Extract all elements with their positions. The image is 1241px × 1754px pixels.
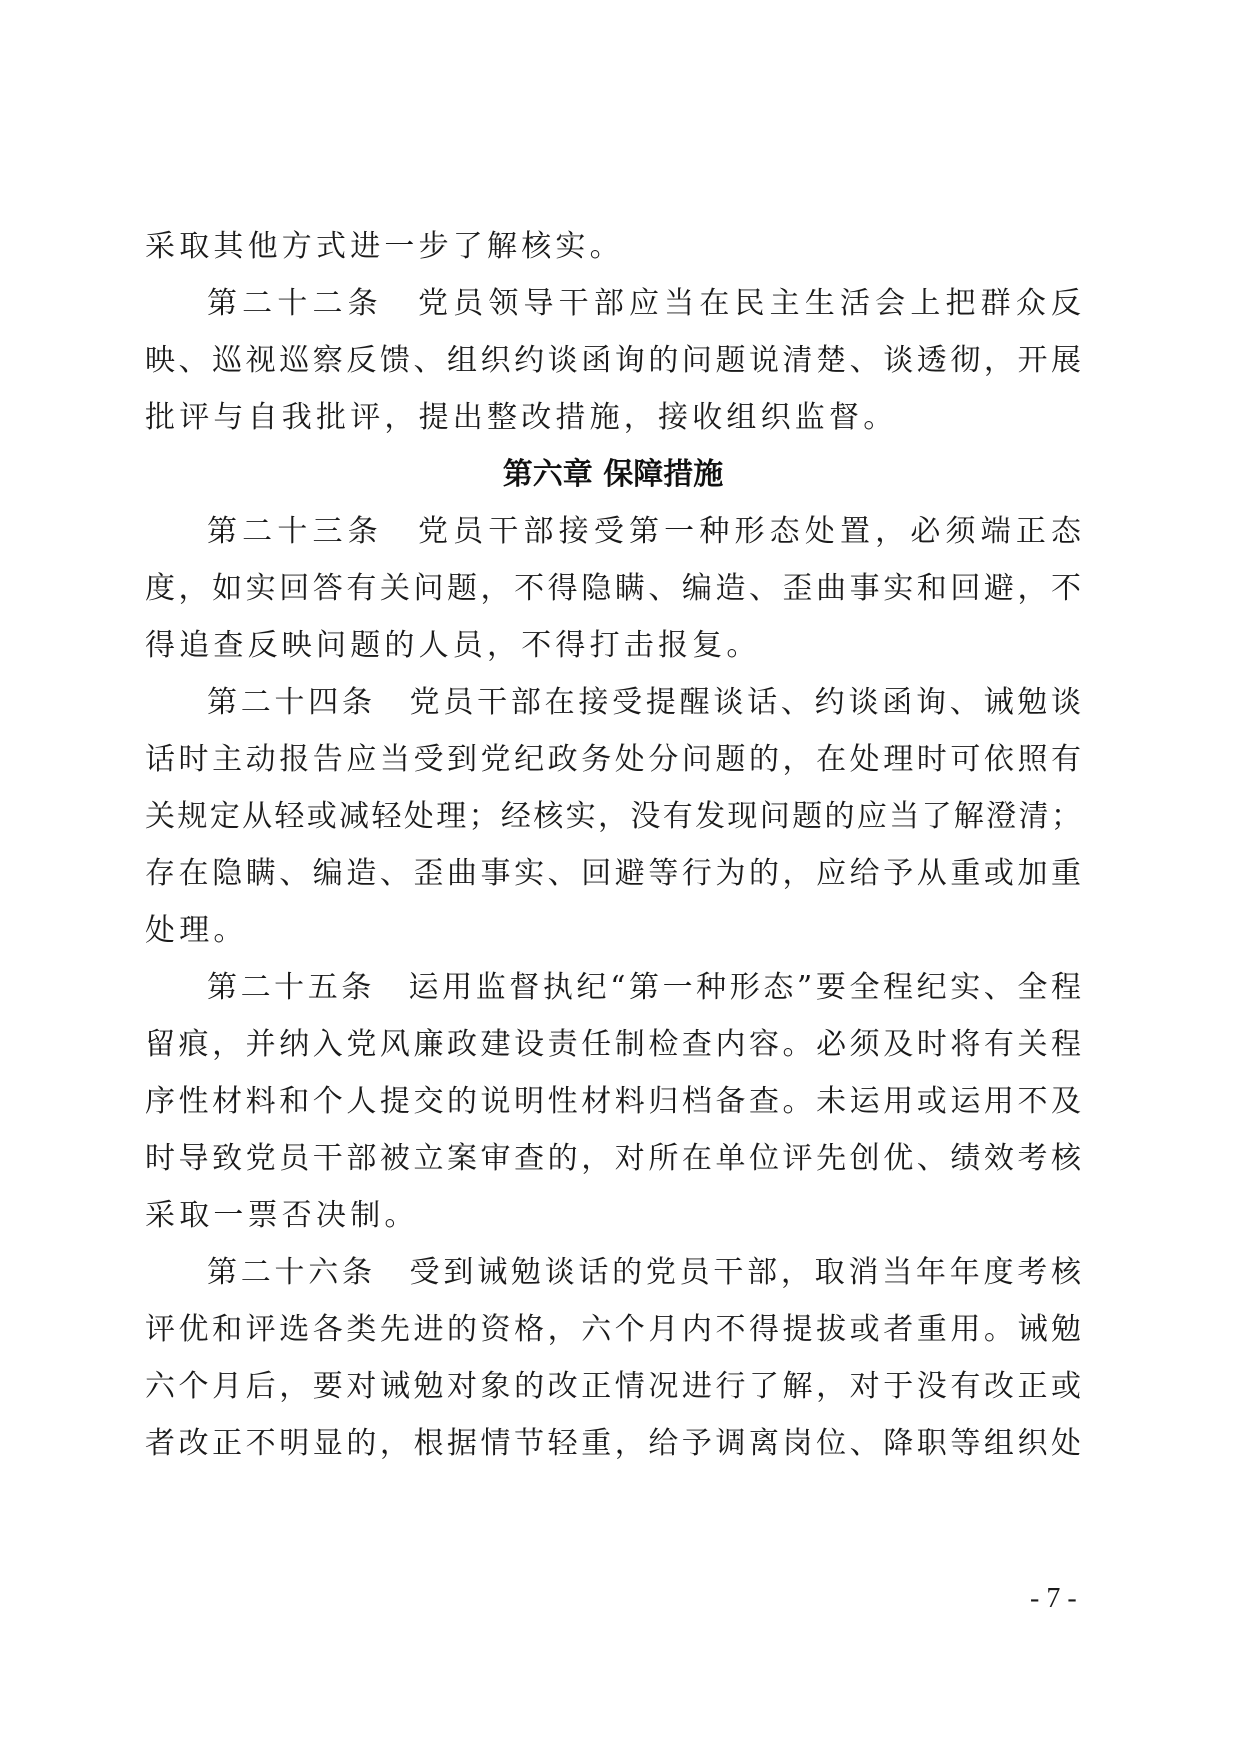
article-23: 第二十三条 党员干部接受第一种形态处置，必须端正态 度，如实回答有关问题，不得隐… [145,503,1081,674]
article-26-line-3: 六个月后，要对诫勉对象的改正情况进行了解，对于没有改正或 [145,1358,1081,1415]
article-24-line-1: 第二十四条 党员干部在接受提醒谈话、约谈函询、诫勉谈 [145,674,1081,731]
article-26-line-2: 评优和评选各类先进的资格，六个月内不得提拔或者重用。诫勉 [145,1301,1081,1358]
article-26-line-1: 第二十六条 受到诫勉谈话的党员干部，取消当年年度考核 [145,1244,1081,1301]
article-22-line-3: 批评与自我批评，提出整改措施，接收组织监督。 [145,389,1081,446]
article-23-line-2: 度，如实回答有关问题，不得隐瞒、编造、歪曲事实和回避，不 [145,560,1081,617]
article-25-line-1: 第二十五条 运用监督执纪“第一种形态”要全程纪实、全程 [145,959,1081,1016]
document-page: 采取其他方式进一步了解核实。 第二十二条 党员领导干部应当在民主生活会上把群众反… [145,218,1081,1472]
article-24-line-2: 话时主动报告应当受到党纪政务处分问题的，在处理时可依照有 [145,731,1081,788]
article-22-line-2: 映、巡视巡察反馈、组织约谈函询的问题说清楚、谈透彻，开展 [145,332,1081,389]
page-number: - 7 - [1030,1583,1077,1615]
chapter-title: 第六章 保障措施 [145,446,1081,503]
article-24-line-4: 存在隐瞒、编造、歪曲事实、回避等行为的，应给予从重或加重 [145,845,1081,902]
article-26-line-4: 者改正不明显的，根据情节轻重，给予调离岗位、降职等组织处 [145,1415,1081,1472]
article-25-line-2: 留痕，并纳入党风廉政建设责任制检查内容。必须及时将有关程 [145,1016,1081,1073]
article-25-line-4: 时导致党员干部被立案审查的，对所在单位评先创优、绩效考核 [145,1130,1081,1187]
article-24-line-5: 处理。 [145,902,1081,959]
article-25-line-5: 采取一票否决制。 [145,1187,1081,1244]
article-23-line-1: 第二十三条 党员干部接受第一种形态处置，必须端正态 [145,503,1081,560]
article-26: 第二十六条 受到诫勉谈话的党员干部，取消当年年度考核 评优和评选各类先进的资格，… [145,1244,1081,1472]
paragraph-continuation-line: 采取其他方式进一步了解核实。 [145,218,1081,275]
article-25-line-3: 序性材料和个人提交的说明性材料归档备查。未运用或运用不及 [145,1073,1081,1130]
article-22-line-1: 第二十二条 党员领导干部应当在民主生活会上把群众反 [145,275,1081,332]
article-25: 第二十五条 运用监督执纪“第一种形态”要全程纪实、全程 留痕，并纳入党风廉政建设… [145,959,1081,1244]
article-24: 第二十四条 党员干部在接受提醒谈话、约谈函询、诫勉谈 话时主动报告应当受到党纪政… [145,674,1081,959]
article-24-line-3: 关规定从轻或减轻处理；经核实，没有发现问题的应当了解澄清； [145,788,1081,845]
article-22: 第二十二条 党员领导干部应当在民主生活会上把群众反 映、巡视巡察反馈、组织约谈函… [145,275,1081,446]
article-23-line-3: 得追查反映问题的人员，不得打击报复。 [145,617,1081,674]
